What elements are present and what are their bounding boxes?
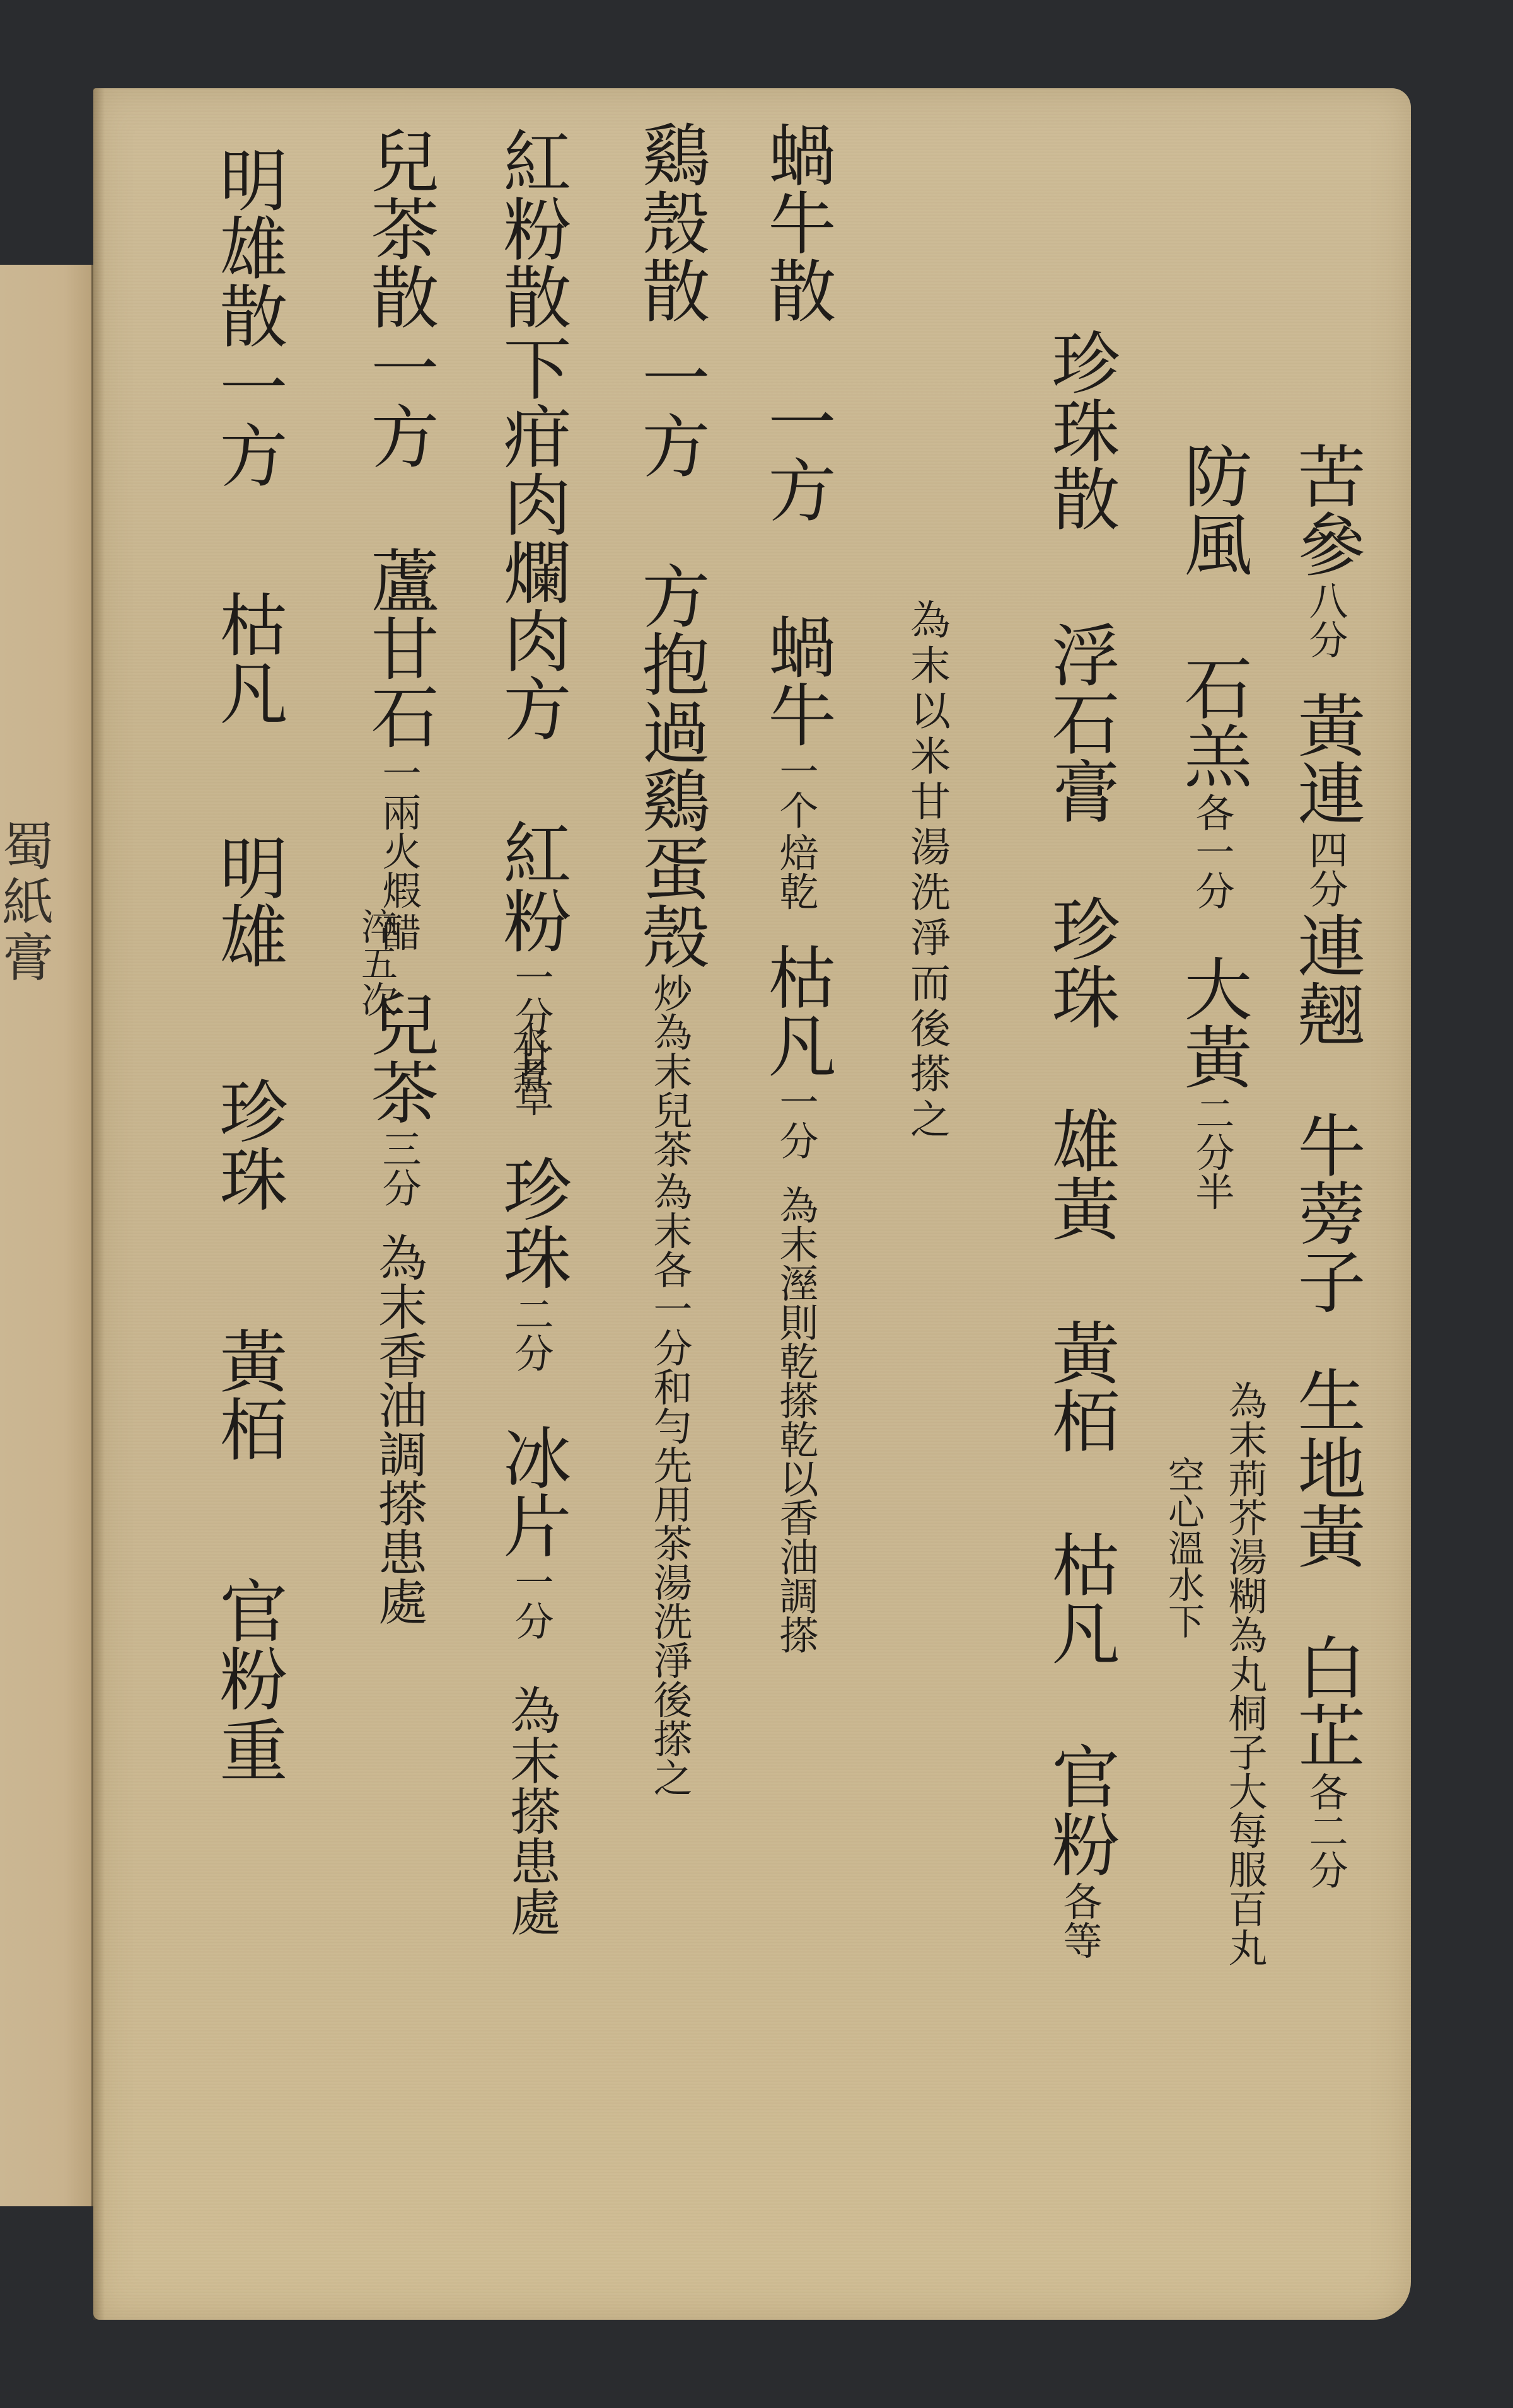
herb-name: 大黃 — [1173, 954, 1251, 1090]
herb-name: 黃栢 — [208, 1326, 287, 1462]
herb-name: 官粉 — [1040, 1742, 1119, 1878]
herb-name: 黃栢 — [1040, 1318, 1119, 1454]
preparation-instructions: 為末溼則乾搽乾以香油調搽 — [773, 1185, 819, 1654]
prep-note: 炒為末兒茶 — [647, 973, 693, 1168]
herb-name: 枯凡 — [756, 942, 835, 1079]
ingredient: 方抱過鷄蛋殼 — [630, 561, 709, 970]
formula-title: 兒茶散 — [359, 126, 438, 330]
text-column-6: 鷄殼散 一方 方抱過鷄蛋殼 炒為末兒茶 為末各一分和勻先用茶湯洗淨後搽之 — [635, 120, 704, 1797]
prep-note: 一兩火煆 — [376, 753, 422, 909]
herb-name: 蝸牛 — [756, 611, 835, 748]
manuscript-page: 苦參 八分 黃連 四分 連翹 牛蒡子 生地黃 白芷 各二分 防風 石羔 各一分 … — [93, 88, 1411, 2320]
herb-name: 紅粉 — [492, 818, 571, 954]
dosage-note: 各一分 — [1189, 792, 1235, 910]
herb-name: 明雄 — [208, 833, 287, 969]
administration-note: 空心溫水下 — [1165, 1456, 1202, 1639]
herb-name: 蘆甘石 — [359, 545, 438, 750]
herb-name: 重 — [208, 1715, 287, 1783]
dosage-note: 三分 — [376, 1129, 422, 1207]
formula-count: 一方 — [630, 343, 709, 479]
preparation-instructions: 為末搽患處 — [502, 1684, 560, 1936]
dosage-note: 一分 — [773, 1082, 819, 1160]
herb-name: 黃連 — [1286, 690, 1365, 826]
prep-note: 水煮 — [509, 1021, 546, 1094]
text-column-3: 珍珠散 浮石膏 珍珠 雄黃 黃栢 枯凡 官粉 各等 — [1045, 328, 1113, 1959]
herb-name: 官粉 — [208, 1576, 287, 1712]
formula-title: 明雄散 — [208, 145, 287, 349]
dosage-note: 八分 — [1302, 581, 1348, 659]
herb-name: 珍珠 — [492, 1155, 571, 1291]
herb-name: 雄黃 — [1040, 1106, 1119, 1242]
herb-name: 牛蒡子 — [1286, 1111, 1365, 1315]
dosage-note: 一分 — [508, 1562, 554, 1640]
herb-name: 珍珠 — [1040, 894, 1119, 1030]
formula-title: 鷄殼散 — [630, 120, 709, 324]
text-column-1: 苦參 八分 黃連 四分 連翹 牛蒡子 生地黃 白芷 各二分 — [1291, 441, 1359, 1889]
formula-count: 一方 — [208, 352, 287, 489]
herb-name: 枯凡 — [208, 589, 287, 726]
herb-name: 枯凡 — [1040, 1530, 1119, 1666]
left-page-fragment: 蜀紙膏 — [0, 265, 93, 2206]
dosage-note: 各二分 — [1302, 1772, 1348, 1889]
herb-name: 防風 — [1173, 441, 1251, 577]
manuscript-scan: 蜀紙膏 苦參 八分 黃連 四分 連翹 牛蒡子 生地黃 白芷 各二分 防風 石羔 … — [0, 0, 1513, 2408]
herb-name: 冰片 — [492, 1423, 571, 1559]
preparation-instructions: 為末香油調搽患處 — [370, 1232, 427, 1626]
herb-name: 珍珠 — [208, 1077, 287, 1213]
herb-name: 苦參 — [1286, 441, 1365, 577]
formula-count: 一方 — [756, 387, 835, 523]
text-column-9: 明雄散 一方 枯凡 明雄 珍珠 黃栢 官粉 重 — [213, 145, 281, 1783]
formula-count: 一方 — [359, 333, 438, 470]
text-column-4: 為末以米甘湯洗淨而後搽之 — [907, 599, 947, 1143]
dosage-note: 各等 — [1057, 1881, 1103, 1959]
dosage-note: 二分 — [508, 1294, 554, 1372]
herb-name: 連翹 — [1286, 911, 1365, 1047]
herb-name: 生地黃 — [1286, 1365, 1365, 1570]
dosage-note: 一个 — [773, 751, 819, 829]
indication: 下疳肉爛肉方 — [492, 333, 571, 742]
dosage-note: 二分半 — [1189, 1094, 1235, 1211]
text-column-2: 防風 石羔 各一分 大黃 二分半 — [1178, 441, 1246, 1211]
preparation-instructions: 為末各一分和勻先用茶湯洗淨後搽之 — [647, 1172, 693, 1797]
left-page-title: 蜀紙膏 — [4, 819, 61, 986]
prep-note: 淬五次 — [358, 908, 395, 1017]
prep-note: 焙乾 — [773, 833, 819, 911]
herb-name: 白芷 — [1286, 1633, 1365, 1769]
formula-title: 紅粉散 — [492, 126, 571, 330]
herb-name: 浮石膏 — [1040, 620, 1119, 825]
formula-title: 蝸牛散 — [756, 120, 835, 324]
formula-title: 珍珠散 — [1040, 328, 1119, 532]
preparation-instructions: 為末荊芥湯糊為丸桐子大每服百丸 — [1225, 1381, 1264, 1967]
text-column-8: 兒茶散 一方 蘆甘石 一兩火煆 醋 兒茶 三分 為末香油調搽患處 — [364, 126, 432, 1626]
dosage-note: 四分 — [1302, 830, 1348, 908]
herb-name: 石羔 — [1173, 653, 1251, 789]
text-column-5: 蝸牛散 一方 蝸牛 一个 焙乾 枯凡 一分 為末溼則乾搽乾以香油調搽 — [762, 120, 830, 1654]
